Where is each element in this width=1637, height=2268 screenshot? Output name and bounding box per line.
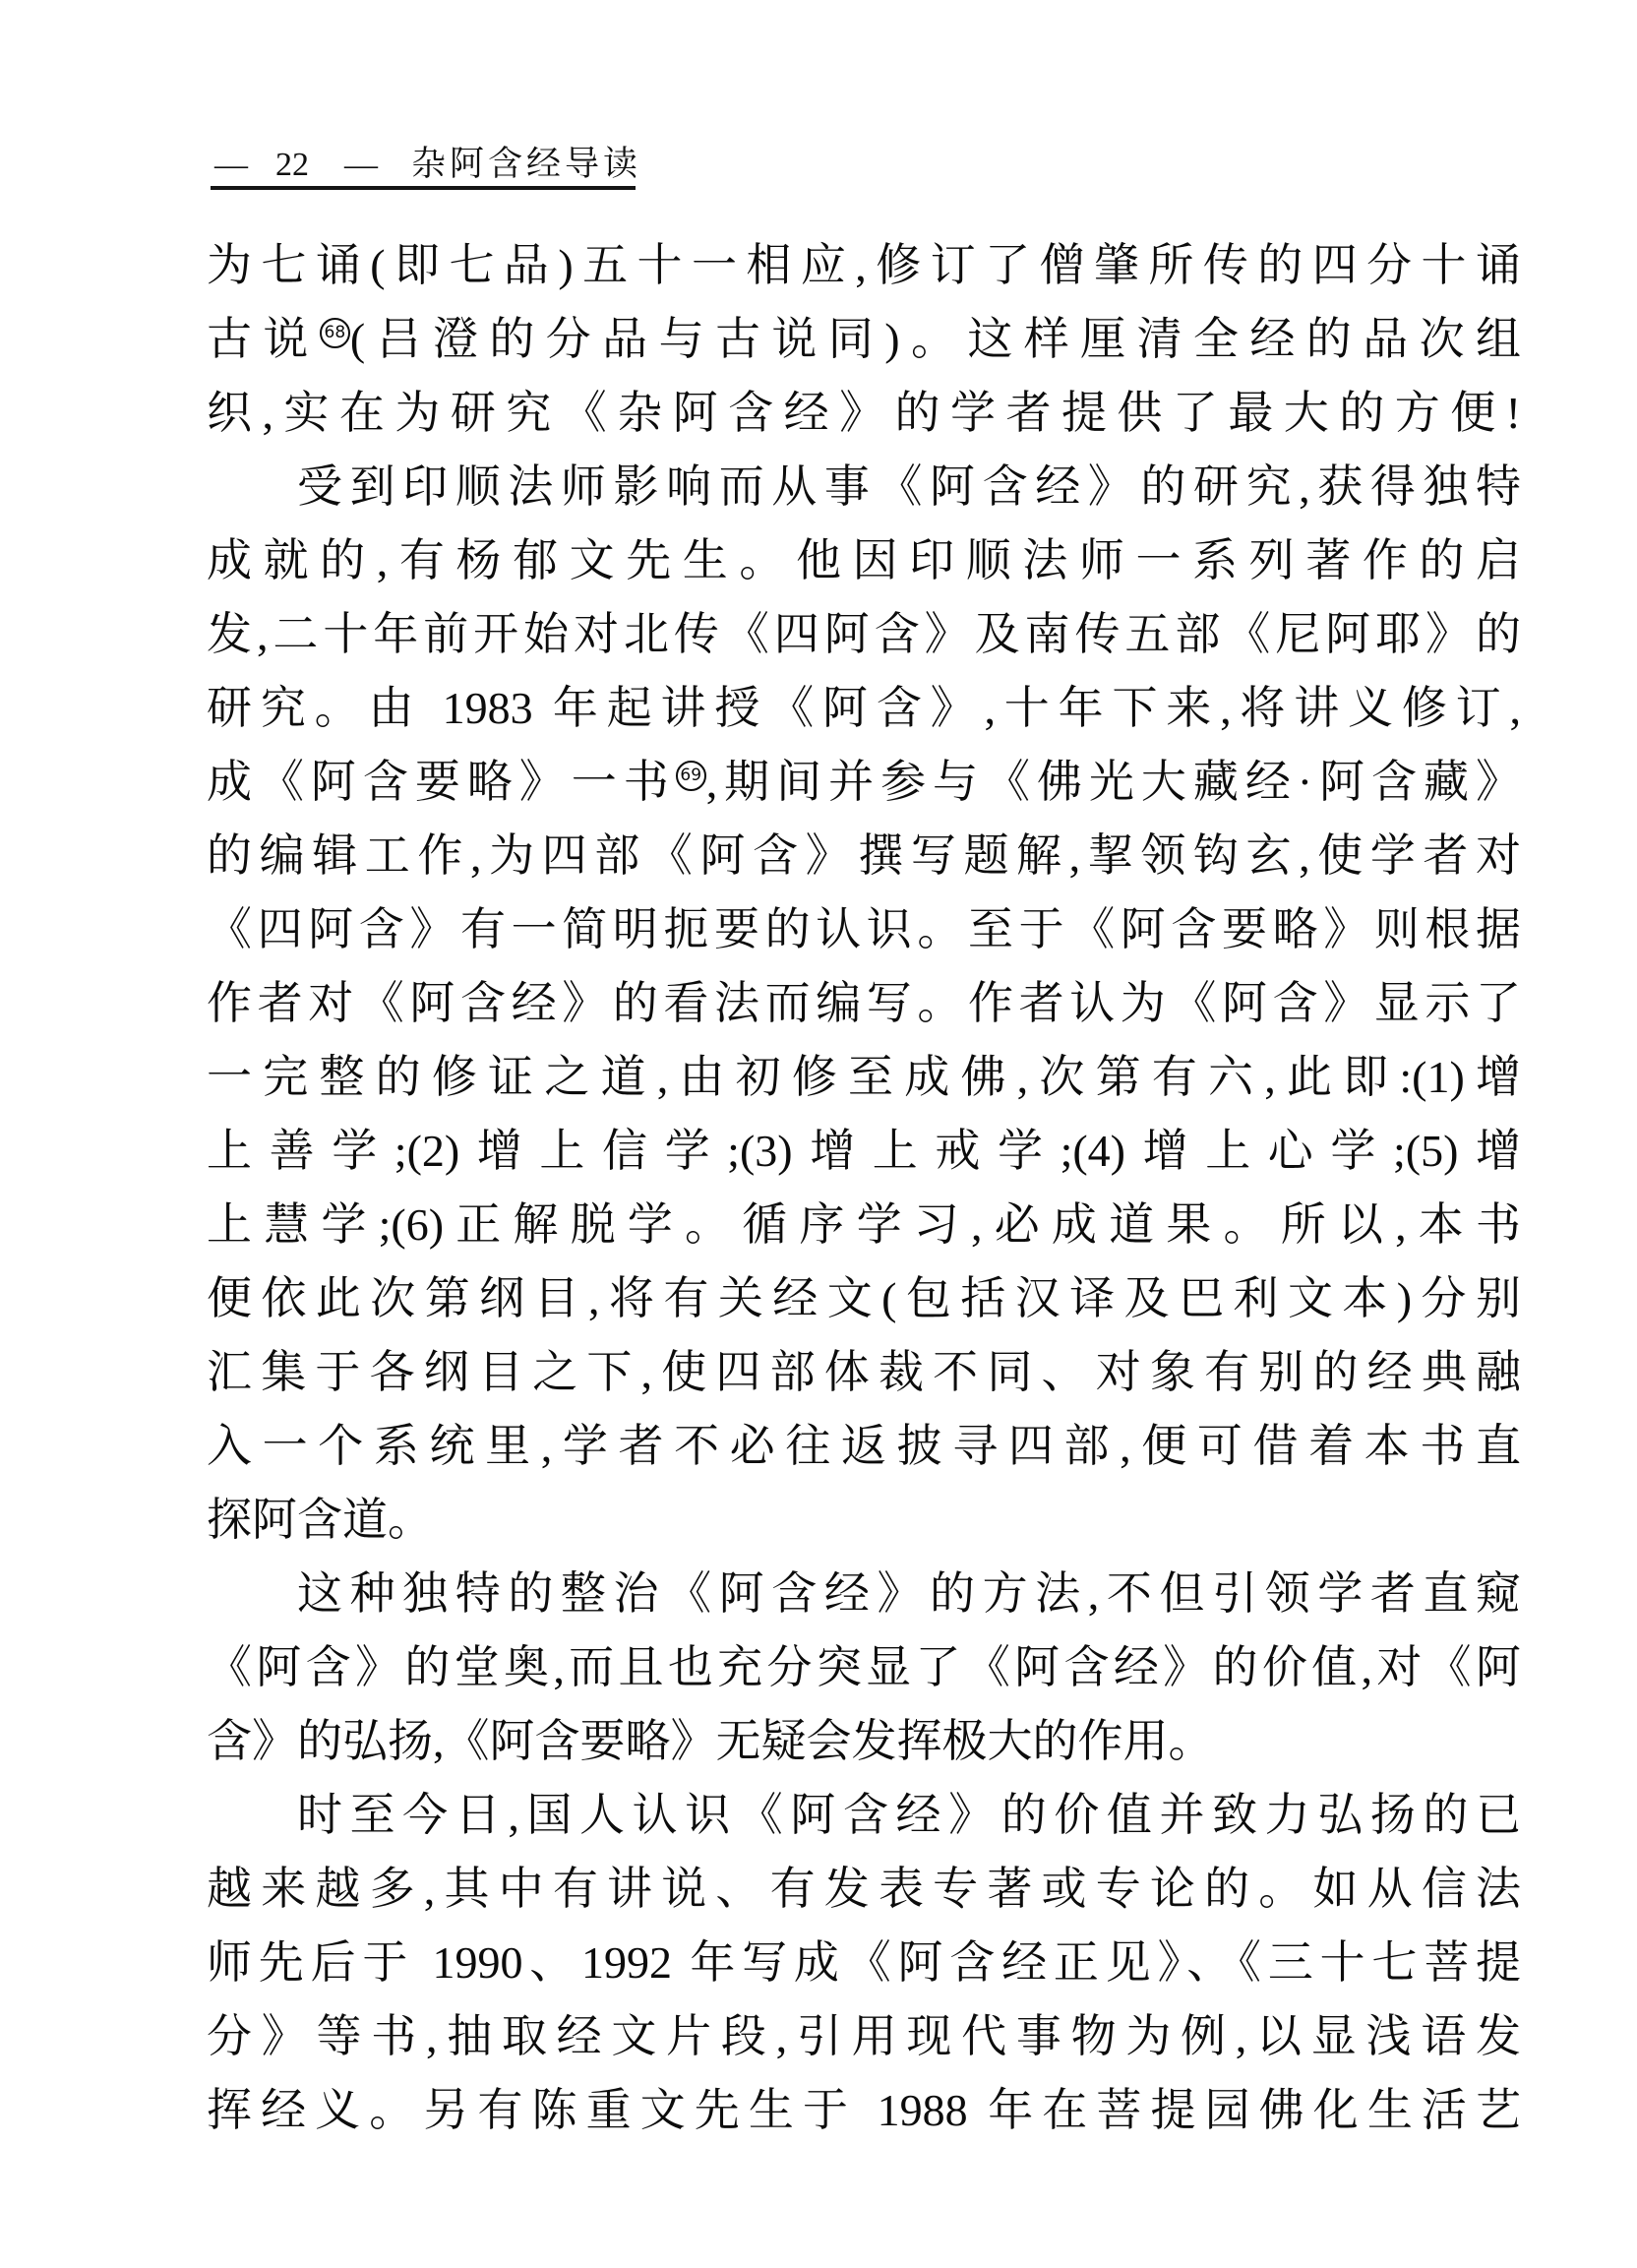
text-line: 便依此次第纲目,将有关经文(包括汉译及巴利文本)分别 [207,1261,1521,1335]
text-run: 成就的,有杨郁文先生。他因印顺法师一系列著作的启 [207,535,1521,585]
page-number: 22 [275,147,309,183]
text-run: 上慧学;(6)正解脱学。循序学习,必成道果。所以,本书 [207,1199,1521,1250]
text-run: 《四阿含》有一简明扼要的认识。至于《阿含要略》则根据 [207,904,1521,954]
text-line: 探阿含道。 [207,1483,1521,1557]
text-line: 师先后于 1990、1992 年写成《阿含经正见》、《三十七菩提 [207,1926,1521,1999]
text-run: 研究。由 1983 年起讲授《阿含》,十年下来,将讲义修订, [207,683,1521,733]
text-run: 挥经义。另有陈重文先生于 1988 年在菩提园佛化生活艺 [207,2085,1521,2135]
footnote-ref: 69 [676,761,706,791]
text-line: 为七诵(即七品)五十一相应,修订了僧肇所传的四分十诵 [207,228,1521,302]
text-run: 汇集于各纲目之下,使四部体裁不同、对象有别的经典融 [207,1347,1521,1397]
text-line: 发,二十年前开始对北传《四阿含》及南传五部《尼阿耶》的 [207,597,1521,671]
text-line: 时至今日,国人认识《阿含经》的价值并致力弘扬的已 [207,1778,1521,1852]
text-run: 师先后于 1990、1992 年写成《阿含经正见》、《三十七菩提 [207,1937,1521,1988]
text-run: 《阿含》的堂奥,而且也充分突显了《阿含经》的价值,对《阿 [207,1642,1521,1692]
text-run: 织,实在为研究《杂阿含经》的学者提供了最大的方便! [207,388,1521,438]
text-run: 这种独特的整治《阿含经》的方法,不但引领学者直窥 [297,1568,1521,1619]
text-line: 上慧学;(6)正解脱学。循序学习,必成道果。所以,本书 [207,1188,1521,1261]
text-run: 成《阿含要略》一书 [207,757,676,807]
text-run: 含》的弘扬,《阿含要略》无疑会发挥极大的作用。 [207,1716,1214,1766]
body-text: 为七诵(即七品)五十一相应,修订了僧肇所传的四分十诵古说68(吕澄的分品与古说同… [207,228,1521,2147]
text-line: 汇集于各纲目之下,使四部体裁不同、对象有别的经典融 [207,1335,1521,1409]
text-run: 分》等书,抽取经文片段,引用现代事物为例,以显浅语发 [207,2011,1521,2061]
text-run: (吕澄的分品与古说同)。这样厘清全经的品次组 [350,314,1521,364]
text-line: 织,实在为研究《杂阿含经》的学者提供了最大的方便! [207,376,1521,450]
text-line: 古说68(吕澄的分品与古说同)。这样厘清全经的品次组 [207,302,1521,376]
text-run: 上善学;(2)增上信学;(3)增上戒学;(4)增上心学;(5)增 [207,1126,1521,1176]
text-line: 挥经义。另有陈重文先生于 1988 年在菩提园佛化生活艺 [207,2073,1521,2147]
text-line: 《四阿含》有一简明扼要的认识。至于《阿含要略》则根据 [207,892,1521,966]
text-run: 时至今日,国人认识《阿含经》的价值并致力弘扬的已 [297,1790,1521,1840]
text-run: 古说 [207,314,320,364]
text-line: 作者对《阿含经》的看法而编写。作者认为《阿含》显示了 [207,966,1521,1040]
running-header: —22—杂阿含经导读 [214,144,641,185]
text-run: 一完整的修证之道,由初修至成佛,次第有六,此即:(1)增 [207,1052,1521,1102]
text-run: 入一个系统里,学者不必往返披寻四部,便可借着本书直 [207,1421,1521,1471]
text-line: 《阿含》的堂奥,而且也充分突显了《阿含经》的价值,对《阿 [207,1630,1521,1704]
text-line: 分》等书,抽取经文片段,引用现代事物为例,以显浅语发 [207,1999,1521,2073]
book-title: 杂阿含经导读 [411,145,641,183]
text-line: 含》的弘扬,《阿含要略》无疑会发挥极大的作用。 [207,1704,1521,1778]
header-underline [211,186,636,190]
text-line: 上善学;(2)增上信学;(3)增上戒学;(4)增上心学;(5)增 [207,1114,1521,1188]
text-line: 入一个系统里,学者不必往返披寻四部,便可借着本书直 [207,1409,1521,1483]
header-dash-right: — [344,147,378,183]
text-run: 作者对《阿含经》的看法而编写。作者认为《阿含》显示了 [207,978,1521,1028]
text-line: 的编辑工作,为四部《阿含》撰写题解,挈领钩玄,使学者对 [207,819,1521,892]
book-page: —22—杂阿含经导读 为七诵(即七品)五十一相应,修订了僧肇所传的四分十诵古说6… [0,0,1637,2268]
text-run: 发,二十年前开始对北传《四阿含》及南传五部《尼阿耶》的 [207,609,1521,659]
text-line: 这种独特的整治《阿含经》的方法,不但引领学者直窥 [207,1557,1521,1630]
footnote-ref: 68 [320,318,350,348]
text-line: 一完整的修证之道,由初修至成佛,次第有六,此即:(1)增 [207,1040,1521,1114]
text-run: 探阿含道。 [207,1495,433,1545]
text-line: 研究。由 1983 年起讲授《阿含》,十年下来,将讲义修订, [207,671,1521,745]
text-line: 越来越多,其中有讲说、有发表专著或专论的。如从信法 [207,1852,1521,1926]
text-run: 的编辑工作,为四部《阿含》撰写题解,挈领钩玄,使学者对 [207,830,1521,881]
text-run: ,期间并参与《佛光大藏经·阿含藏》 [706,757,1521,807]
text-run: 便依此次第纲目,将有关经文(包括汉译及巴利文本)分别 [207,1273,1521,1323]
header-dash-left: — [214,147,248,183]
text-run: 越来越多,其中有讲说、有发表专著或专论的。如从信法 [207,1864,1521,1914]
text-run: 为七诵(即七品)五十一相应,修订了僧肇所传的四分十诵 [207,240,1521,290]
text-line: 成《阿含要略》一书69,期间并参与《佛光大藏经·阿含藏》 [207,745,1521,819]
text-run: 受到印顺法师影响而从事《阿含经》的研究,获得独特 [297,461,1521,512]
text-line: 成就的,有杨郁文先生。他因印顺法师一系列著作的启 [207,523,1521,597]
text-line: 受到印顺法师影响而从事《阿含经》的研究,获得独特 [207,450,1521,523]
